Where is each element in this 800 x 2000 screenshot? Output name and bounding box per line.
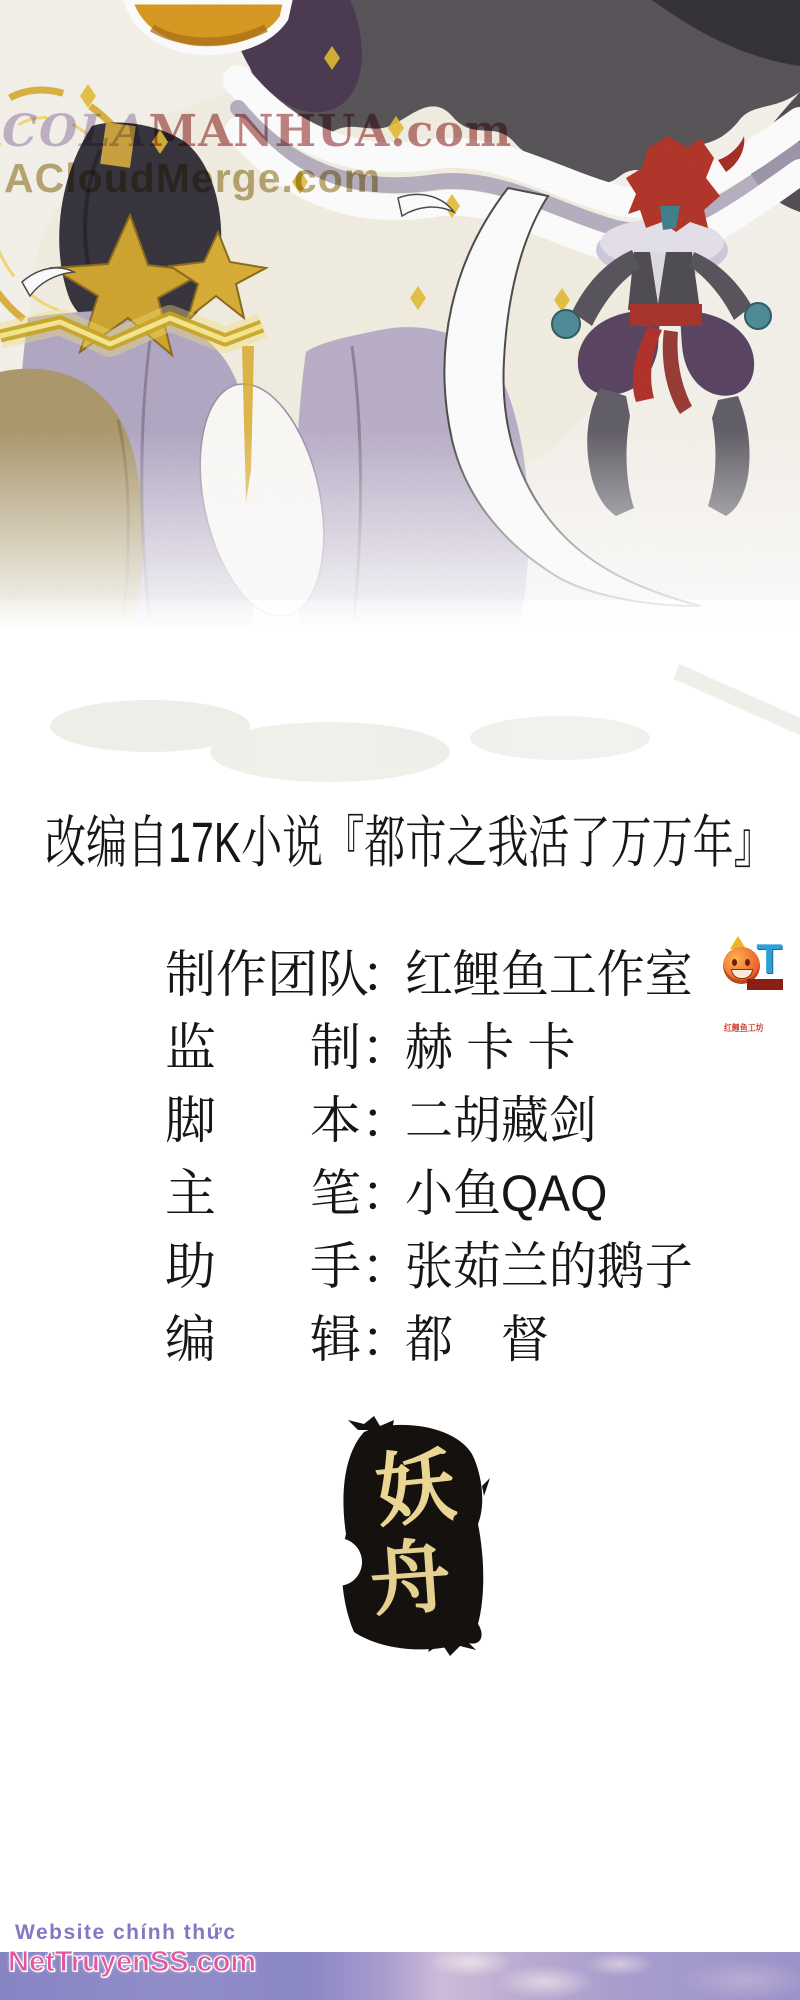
credit-name: 都 督 [405, 1303, 549, 1376]
credit-colon: ： [361, 1084, 405, 1157]
comic-page: COLAMANHUA.com ACloudMerge.com 改编自17K小说『… [0, 0, 800, 2000]
studio-logo-base [747, 979, 783, 990]
credit-name: 赫 卡 卡 [405, 1011, 575, 1084]
studio-logo-letter: T [756, 938, 782, 980]
credit-label: 制作团队 [165, 938, 361, 1011]
site-official-label: Website chính thức [15, 1921, 237, 1945]
credit-label: 助手 [165, 1230, 361, 1303]
site-name-watermark: NetTruyenSS.com [8, 1946, 256, 1979]
grain-texture [0, 0, 800, 600]
comic-artwork [0, 0, 800, 790]
credit-row-artist: 主笔：小鱼QAQ [0, 1157, 800, 1230]
artwork-panel: COLAMANHUA.com ACloudMerge.com [0, 0, 800, 790]
credit-colon: ： [361, 1303, 405, 1376]
credits-list: 制作团队：红鲤鱼工作室 T 红鲤鱼工坊 监制：赫 卡 卡 脚本：二胡藏剑 主笔：… [0, 938, 800, 1376]
credit-row-supervisor: 监制：赫 卡 卡 [0, 1011, 800, 1084]
credit-colon: ： [361, 938, 405, 1011]
seal-char-2: 舟 [367, 1529, 453, 1627]
credit-label: 主笔 [165, 1157, 361, 1230]
credit-name: 二胡藏剑 [405, 1084, 597, 1157]
credit-colon: ： [361, 1230, 405, 1303]
studio-logo: T 红鲤鱼工坊 [723, 938, 783, 1004]
credit-label: 编辑 [165, 1303, 361, 1376]
credit-row-script: 脚本：二胡藏剑 [0, 1084, 800, 1157]
credit-name: 红鲤鱼工作室 [405, 938, 693, 1011]
credit-colon: ： [361, 1157, 405, 1230]
credit-row-assistant: 助手：张茹兰的鹅子 [0, 1230, 800, 1303]
credit-row-editor: 编辑：都 督 [0, 1303, 800, 1376]
yaozhou-ink-seal: 妖 舟 [334, 1414, 490, 1664]
adaptation-title: 改编自17K小说『都市之我活了万万年』 [45, 797, 775, 879]
credit-name: 小鱼QAQ [405, 1157, 607, 1230]
seal-char-1: 妖 [370, 1438, 459, 1539]
credit-colon: ： [361, 1011, 405, 1084]
credit-label: 监制 [165, 1011, 361, 1084]
credit-label: 脚本 [165, 1084, 361, 1157]
credit-name: 张茹兰的鹅子 [405, 1230, 693, 1303]
credit-row-team: 制作团队：红鲤鱼工作室 T 红鲤鱼工坊 [0, 938, 800, 1011]
studio-logo-caption: 红鲤鱼工坊 [724, 992, 777, 1065]
